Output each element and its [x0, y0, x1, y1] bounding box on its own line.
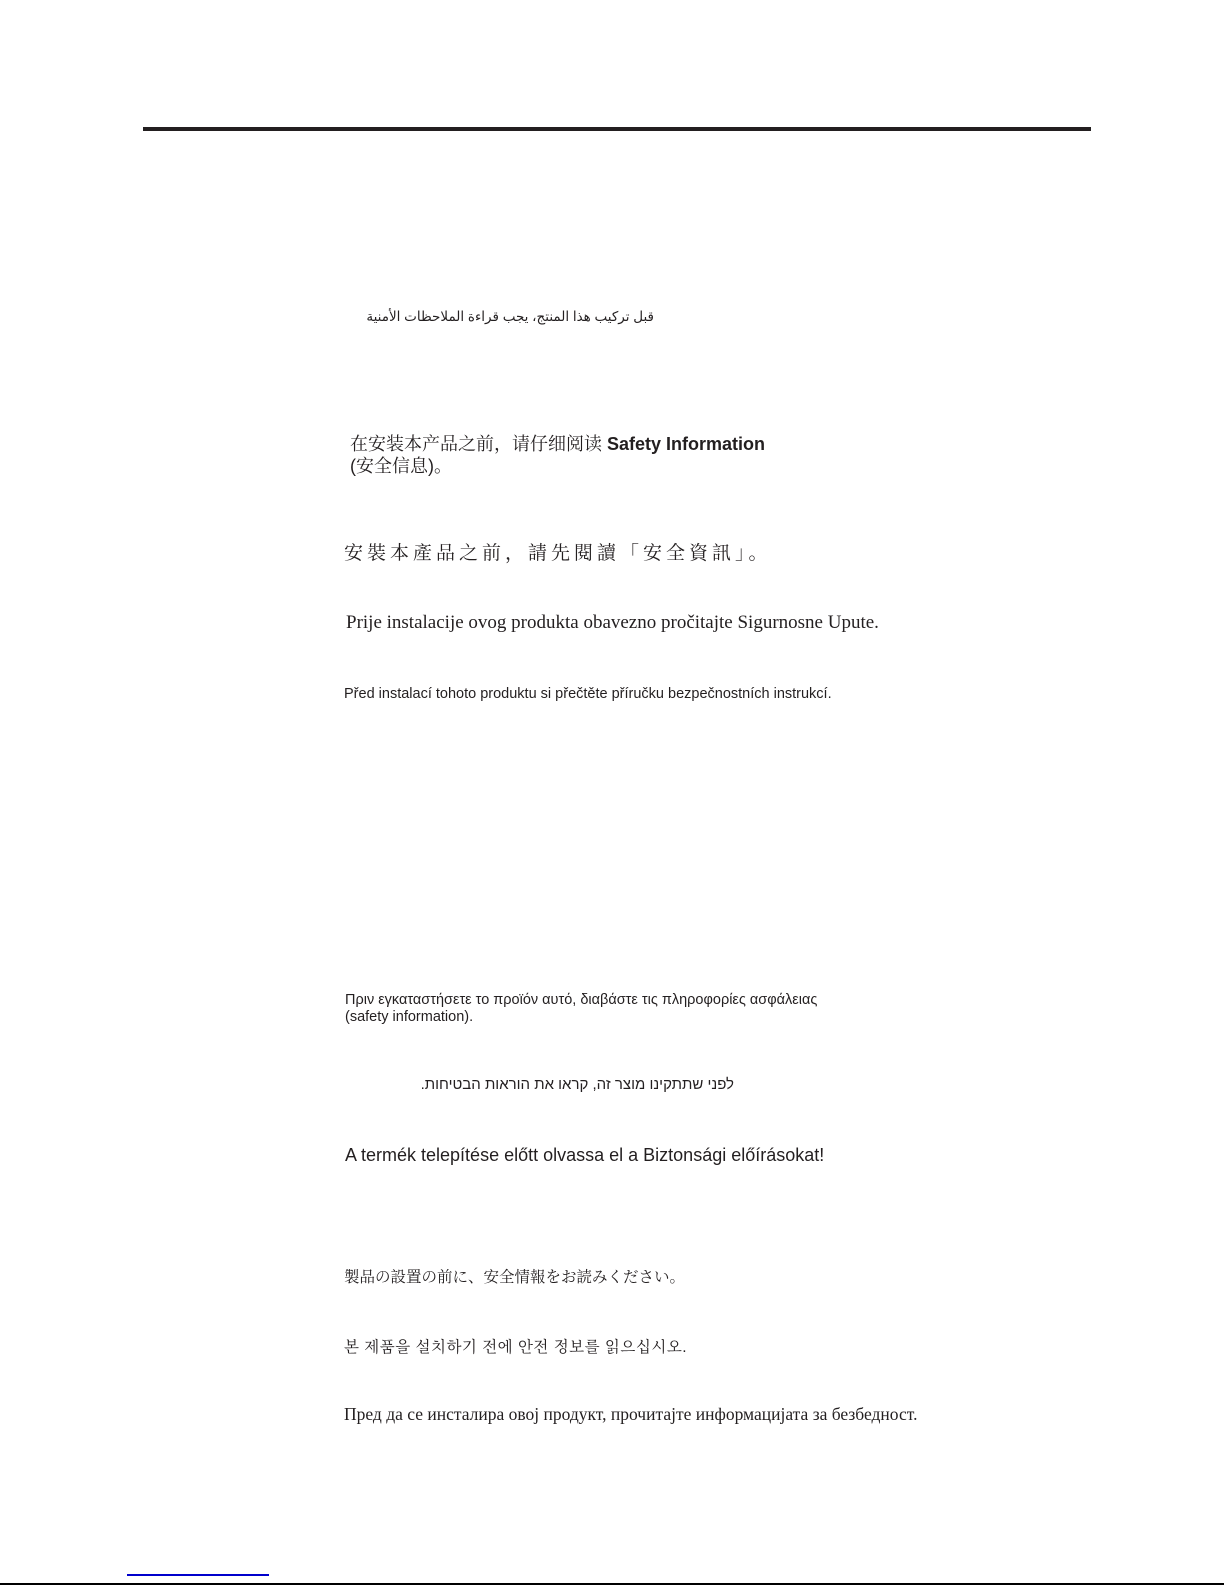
safety-notice-japanese: 製品の設置の前に、安全情報をお読みください。: [344, 1265, 685, 1287]
notice-english-term: Safety Information: [607, 434, 765, 454]
top-horizontal-rule: [143, 127, 1091, 131]
safety-notice-czech: Před instalací tohoto produktu si přečtě…: [344, 686, 832, 702]
notice-text-line1: Πριν εγκαταστήσετε το προϊόν αυτό, διαβά…: [345, 992, 817, 1008]
safety-notice-arabic: قبل تركيب هذا المنتج، يجب قراءة الملاحظا…: [344, 309, 654, 325]
notice-text-line2: (安全信息)。: [350, 456, 452, 476]
safety-notice-korean: 본 제품을 설치하기 전에 안전 정보를 읽으십시오.: [344, 1335, 687, 1357]
safety-notice-hebrew: לפני שתתקינו מוצר זה, קראו את הוראות הבט…: [342, 1076, 734, 1093]
safety-notice-croatian: Prije instalacije ovog produkta obavezno…: [346, 612, 879, 634]
footer-link-underline[interactable]: [127, 1574, 269, 1576]
safety-notice-chinese-traditional: 安裝本產品之前，請先閱讀「安全資訊」。: [344, 538, 772, 565]
safety-notice-macedonian: Пред да се инсталира овој продукт, прочи…: [344, 1404, 917, 1425]
safety-notice-hungarian: A termék telepítése előtt olvassa el a B…: [345, 1145, 824, 1166]
notice-text: 在安装本产品之前，请仔细阅读: [350, 434, 602, 454]
safety-notice-chinese-simplified: 在安装本产品之前，请仔细阅读 Safety Information (安全信息)…: [350, 433, 820, 477]
safety-notice-greek: Πριν εγκαταστήσετε το προϊόν αυτό, διαβά…: [345, 992, 885, 1026]
notice-text-line2: (safety information).: [345, 1009, 473, 1025]
